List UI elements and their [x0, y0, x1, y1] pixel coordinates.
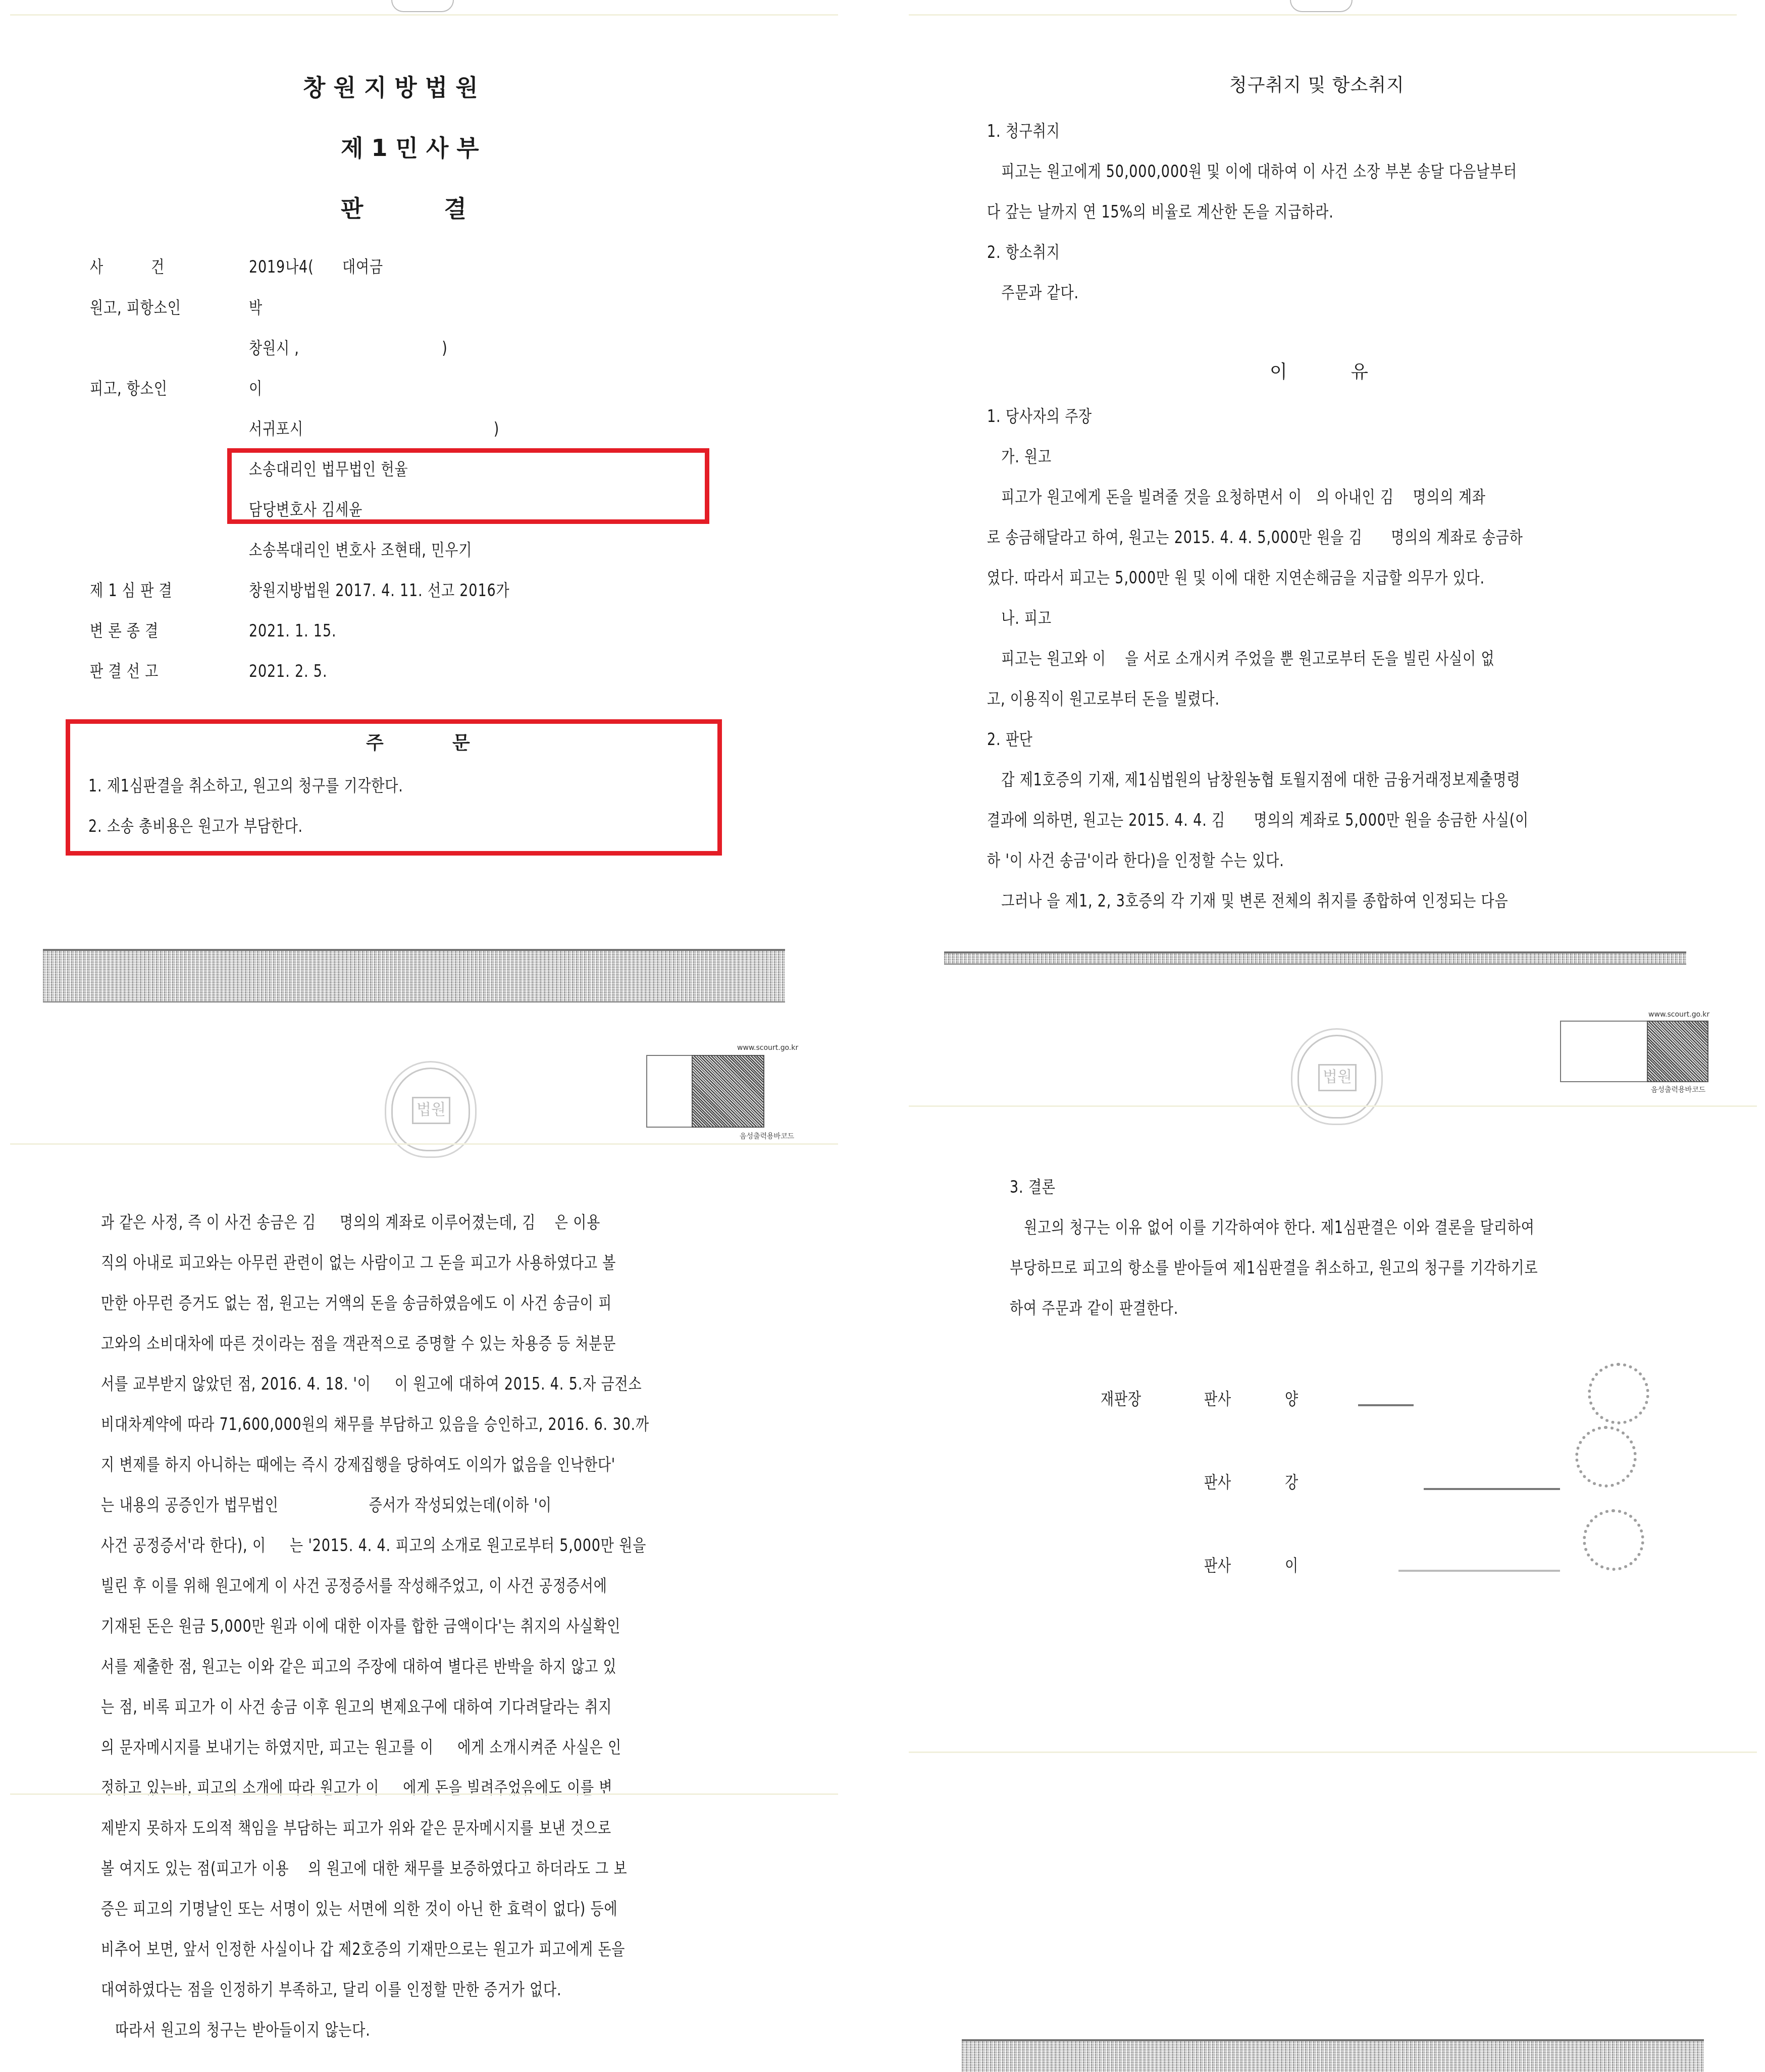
- text-line: 는 내용의 공증인가 법무법인 증서가 작성되었는데(이하 '이: [101, 1497, 552, 1513]
- text-line: 의 문자메시지를 보내기는 하였지만, 피고는 원고를 이 에게 소개시켜준 사…: [101, 1739, 621, 1756]
- text-line: 피고가 원고에게 돈을 빌려줄 것을 요청하면서 이 의 아내인 김 명의의 계…: [987, 489, 1486, 505]
- judge-role: 재판장: [1101, 1391, 1141, 1407]
- seal-text: 법원: [412, 1097, 450, 1124]
- field-label: 사 건: [90, 258, 165, 275]
- closing-date: 2021. 1. 15.: [249, 622, 336, 639]
- text-line: 만한 아무런 증거도 없는 점, 원고는 거액의 돈을 송금하였음에도 이 사건…: [101, 1295, 612, 1311]
- text-line: 과 같은 사정, 즉 이 사건 송금은 김 명의의 계좌로 이루어졌는데, 김 …: [101, 1214, 600, 1231]
- top-mark-icon: [391, 0, 454, 12]
- page-top-rule: [909, 14, 1737, 16]
- barcode-label: 음성출력용바코드: [740, 1131, 794, 1141]
- document-type: 판 결: [341, 197, 466, 220]
- text-line: 빌린 후 이를 위해 원고에게 이 사건 공정증서를 작성해주었고, 이 사건 …: [101, 1577, 607, 1594]
- text-line: 비추어 보면, 앞서 인정한 사실이나 갑 제2호증의 기재만으로는 원고가 피…: [101, 1941, 625, 1957]
- text-line: 볼 여지도 있는 점(피고가 이용 의 원고에 대한 채무를 보증하였다고 하더…: [101, 1860, 627, 1877]
- text-line: 2. 항소취지: [987, 244, 1060, 260]
- barcode-icon: [1647, 1021, 1708, 1082]
- counsel-attorney: 담당변호사 김세윤: [249, 501, 362, 518]
- redacted-band: [944, 951, 1686, 965]
- signature-line: [1424, 1488, 1560, 1490]
- judge-stamp-icon: [1588, 1363, 1649, 1424]
- text-line: 는 점, 비록 피고가 이 사건 송금 이후 원고의 변제요구에 대하여 기다려…: [101, 1698, 612, 1715]
- judge-title: 판사: [1204, 1391, 1231, 1407]
- judge-name: 이: [1285, 1557, 1299, 1574]
- text-line: 다 갚는 날까지 연 15%의 비율로 계산한 돈을 지급하라.: [987, 203, 1334, 220]
- defendant-name: 이: [249, 380, 263, 397]
- text-line: 따라서 원고의 청구는 받아들이지 않는다.: [101, 2022, 371, 2038]
- text-line: 서를 제출한 점, 원고는 이와 같은 피고의 주장에 대하여 별다른 반박을 …: [101, 1658, 617, 1675]
- top-mark-icon: [1290, 0, 1353, 12]
- judge-name: 강: [1285, 1474, 1299, 1491]
- barcode-frame: [646, 1055, 694, 1128]
- text-line: 1. 당사자의 주장: [987, 408, 1092, 424]
- barcode-label: 음성출력용바코드: [1651, 1084, 1705, 1094]
- website-text: www.scourt.go.kr: [1648, 1011, 1709, 1019]
- case-number: 2019나4( 대여금: [249, 258, 383, 275]
- judge-stamp-icon: [1575, 1426, 1637, 1487]
- order-item: 2. 소송 총비용은 원고가 부담한다.: [88, 818, 303, 834]
- claim-heading: 청구취지 및 항소취지: [1229, 77, 1405, 95]
- text-line: 피고는 원고에게 50,000,000원 및 이에 대하여 이 사건 소장 부본…: [987, 163, 1517, 180]
- field-label: 피고, 항소인: [90, 380, 168, 397]
- text-line: 갑 제1호증의 기재, 제1심법원의 남창원농협 토월지점에 대한 금융거래정보…: [987, 771, 1520, 788]
- division-name: 제 1 민 사 부: [341, 136, 479, 160]
- field-label: 판 결 선 고: [90, 663, 159, 679]
- judge-title: 판사: [1204, 1474, 1231, 1491]
- field-label: 원고, 피항소인: [90, 299, 181, 316]
- signature-line: [1398, 1570, 1560, 1572]
- judge-stamp-icon: [1583, 1509, 1644, 1571]
- text-line: 직의 아내로 피고와는 아무런 관련이 없는 사람이고 그 돈을 피고가 사용하…: [101, 1254, 616, 1271]
- text-line: 고, 이용직이 원고로부터 돈을 빌렸다.: [987, 690, 1220, 707]
- text-line: 결과에 의하면, 원고는 2015. 4. 4. 김 명의의 계좌로 5,000…: [987, 812, 1529, 828]
- text-line: 증은 피고의 기명날인 또는 서명이 있는 서면에 의한 것이 아닌 한 효력이…: [101, 1900, 618, 1917]
- text-line: 부당하므로 피고의 항소를 받아들여 제1심판결을 취소하고, 원고의 청구를 …: [1010, 1259, 1538, 1276]
- page-divider: [10, 1143, 838, 1145]
- page-top-rule: [10, 14, 838, 16]
- plaintiff-name: 박: [249, 299, 263, 316]
- text-line: 1. 청구취지: [987, 123, 1060, 139]
- order-title: 주 문: [366, 734, 471, 753]
- text-line: 서를 교부받지 않았던 점, 2016. 4. 18. '이 이 원고에 대하여…: [101, 1375, 642, 1392]
- field-label: 제 1 심 판 결: [90, 582, 173, 599]
- sub-counsel: 소송복대리인 변호사 조현태, 민우기: [249, 542, 472, 558]
- text-line: 제받지 못하자 도의적 책임을 부담하는 피고가 위와 같은 문자메시지를 보낸…: [101, 1820, 611, 1836]
- text-line: 2. 판단: [987, 731, 1033, 748]
- court-seal-icon: 법원: [391, 1068, 470, 1151]
- court-name: 창 원 지 방 법 원: [303, 76, 478, 99]
- text-line: 기재된 돈은 원금 5,000만 원과 이에 대한 이자를 합한 금액이다'는 …: [101, 1618, 620, 1634]
- redacted-band: [962, 2039, 1704, 2072]
- text-line: 원고의 청구는 이유 없어 이를 기각하여야 한다. 제1심판결은 이와 결론을…: [1010, 1219, 1535, 1236]
- text-line: 하 '이 사건 송금'이라 한다)을 인정할 수는 있다.: [987, 852, 1284, 869]
- website-text: www.scourt.go.kr: [737, 1044, 798, 1052]
- text-line: 지 변제를 하지 아니하는 때에는 즉시 강제집행을 당하여도 이의가 없음을 …: [101, 1456, 615, 1473]
- reason-title: 이 유: [1270, 363, 1369, 382]
- seal-text: 법원: [1318, 1064, 1357, 1091]
- text-line: 였다. 따라서 피고는 5,000만 원 및 이에 대한 지연손해금을 지급할 …: [987, 569, 1485, 586]
- first-instance-judgment: 창원지방법원 2017. 4. 11. 선고 2016가: [249, 582, 509, 599]
- sentence-date: 2021. 2. 5.: [249, 663, 327, 679]
- text-line: 그러나 을 제1, 2, 3호증의 각 기재 및 변론 전체의 취지를 종합하여…: [987, 892, 1509, 909]
- scan-line: [909, 1751, 1757, 1753]
- order-item: 1. 제1심판결을 취소하고, 원고의 청구를 기각한다.: [88, 777, 403, 794]
- signature-line: [1358, 1404, 1414, 1406]
- text-line: 피고는 원고와 이 을 서로 소개시켜 주었을 뿐 원고로부터 돈을 빌린 사실…: [987, 650, 1494, 667]
- field-label: 변 론 종 결: [90, 622, 159, 639]
- text-line: 하여 주문과 같이 판결한다.: [1010, 1300, 1178, 1316]
- judge-title: 판사: [1204, 1557, 1231, 1574]
- text-line: 사건 공정증서'라 한다), 이 는 '2015. 4. 4. 피고의 소개로 …: [101, 1537, 646, 1554]
- scan-line: [10, 1793, 838, 1795]
- barcode-icon: [692, 1055, 764, 1128]
- text-line: 비대차계약에 따라 71,600,000원의 채무를 부담하고 있음을 승인하고…: [101, 1416, 649, 1432]
- text-line: 고와의 소비대차에 따른 것이라는 점을 객관적으로 증명할 수 있는 차용증 …: [101, 1335, 616, 1352]
- text-line: 가. 원고: [987, 448, 1052, 465]
- text-line: 로 송금해달라고 하여, 원고는 2015. 4. 4. 5,000만 원을 김…: [987, 529, 1523, 546]
- plaintiff-address: 창원시 , ): [249, 340, 448, 356]
- counsel-firm: 소송대리인 법무법인 헌율: [249, 461, 408, 477]
- text-line: 주문과 같다.: [987, 284, 1079, 301]
- judge-name: 양: [1285, 1391, 1299, 1407]
- page-divider: [909, 1105, 1757, 1107]
- barcode-frame: [1560, 1021, 1648, 1082]
- defendant-address: 서귀포시 ): [249, 420, 499, 437]
- text-line: 대여하였다는 점을 인정하기 부족하고, 달리 이를 인정할 만한 증거가 없다…: [101, 1981, 561, 1998]
- text-line: 3. 결론: [1010, 1179, 1056, 1195]
- redacted-band: [43, 949, 785, 1002]
- text-line: 나. 피고: [987, 610, 1052, 626]
